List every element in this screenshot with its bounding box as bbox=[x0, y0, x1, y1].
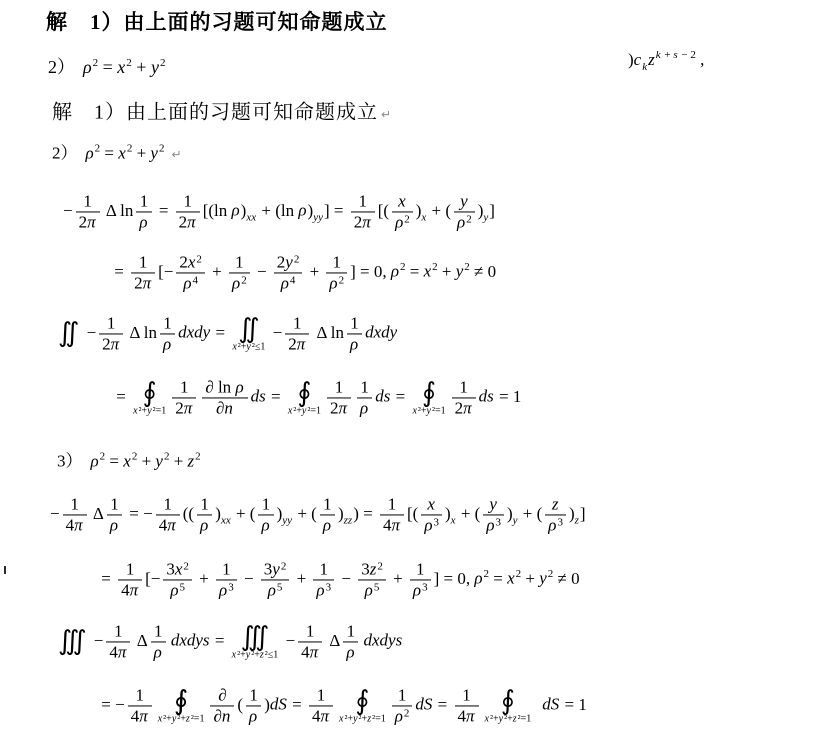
math-text: 2 bbox=[466, 214, 472, 226]
integral-operator: ∮x²+y²=1 bbox=[133, 379, 166, 416]
math-var: π bbox=[87, 213, 97, 232]
math-var: ρ bbox=[163, 335, 172, 354]
fraction: 12π bbox=[176, 191, 200, 232]
fraction: 14π bbox=[106, 621, 130, 662]
math-var: yy bbox=[282, 515, 293, 527]
numerator: 1 bbox=[131, 252, 155, 273]
numerator: 3x2 bbox=[163, 559, 192, 580]
denominator: ρ5 bbox=[358, 581, 386, 601]
math-text: 1 bbox=[398, 685, 407, 704]
integral-limits: x²+y²≤1 bbox=[232, 343, 265, 353]
math-text: 1 bbox=[459, 377, 468, 396]
math-text: 3 bbox=[228, 582, 234, 594]
math-text: 1 bbox=[139, 252, 148, 271]
superscript: 2 bbox=[160, 57, 166, 69]
math-text: 2 bbox=[330, 399, 339, 418]
denominator: 4π bbox=[128, 707, 152, 727]
denominator: ρ bbox=[347, 335, 362, 355]
eq-3d-laplacian-zero: = 14π[−3x2ρ5 + 1ρ3 − 3y2ρ5 + 1ρ3 − 3z2ρ5… bbox=[97, 559, 580, 600]
math-text: Δ bbox=[90, 504, 104, 523]
math-text: + ( bbox=[232, 504, 256, 523]
math-text: 2 bbox=[377, 560, 383, 572]
denominator: 2π bbox=[351, 213, 375, 233]
denominator: ρ3 bbox=[421, 516, 442, 536]
numerator: 1 bbox=[327, 377, 351, 398]
denominator: 2π bbox=[99, 335, 123, 355]
superscript: 5 bbox=[179, 582, 185, 594]
numerator: 1 bbox=[172, 377, 196, 398]
math-var: dxdys bbox=[363, 631, 403, 650]
math-text: 3 bbox=[264, 559, 273, 578]
math-text: ∂ bbox=[213, 707, 221, 726]
denominator: ρ5 bbox=[163, 581, 192, 601]
denominator: 2π bbox=[131, 274, 155, 294]
numerator: 1 bbox=[246, 685, 261, 706]
fraction: 14π bbox=[156, 494, 180, 535]
math-text: 3 bbox=[422, 582, 428, 594]
math-text: ²=1 bbox=[518, 714, 532, 725]
math-text: 1 bbox=[135, 685, 144, 704]
subscript: yy bbox=[313, 212, 324, 224]
numerator: 1 bbox=[63, 494, 87, 515]
fraction: 14π bbox=[455, 685, 479, 726]
math-text: ≠ 0 bbox=[553, 569, 579, 588]
fraction: 12π bbox=[351, 191, 375, 232]
numerator: 1 bbox=[128, 685, 152, 706]
math-text: 4 bbox=[301, 643, 310, 662]
numerator: 1 bbox=[229, 252, 250, 273]
integral-glyph: ∬ bbox=[58, 318, 79, 349]
math-text: (( bbox=[183, 504, 194, 523]
integral-operator: ∮∮x²+y²+z²=1 bbox=[158, 687, 205, 724]
integral-glyph: ∮ bbox=[422, 377, 436, 408]
fraction: 2x2ρ4 bbox=[176, 252, 205, 293]
fraction: 12π bbox=[76, 191, 100, 232]
superscript: k + s − 2 bbox=[656, 49, 696, 61]
math-var: y bbox=[272, 559, 281, 578]
denominator: ρ bbox=[343, 643, 358, 663]
math-text: + ( bbox=[519, 504, 543, 523]
math-var: ρ bbox=[219, 581, 228, 600]
integral-icon: ∮ bbox=[133, 379, 166, 407]
paragraph-return-icon: ↵ bbox=[171, 148, 181, 162]
math-text: 5 bbox=[277, 582, 283, 594]
denominator: 4π bbox=[455, 707, 479, 727]
math-text: = 1 bbox=[560, 695, 587, 714]
math-var: y bbox=[460, 191, 469, 210]
denominator: ρ bbox=[357, 399, 372, 419]
math-text: ²≤1 bbox=[252, 342, 266, 353]
math-var: z bbox=[552, 494, 560, 513]
math-var: ρ bbox=[235, 377, 244, 396]
math-text: 4 bbox=[290, 275, 296, 287]
math-text: 2 bbox=[195, 451, 201, 463]
fraction: 1ρ bbox=[357, 377, 372, 418]
math-text: ²+ bbox=[177, 714, 186, 725]
math-text: ] = 0, bbox=[350, 262, 391, 281]
math-text: 1 bbox=[164, 494, 173, 513]
math-text: 1 bbox=[180, 377, 189, 396]
math-text: ²=1 bbox=[372, 714, 386, 725]
fraction: 1ρ bbox=[197, 494, 212, 535]
math-text: + (ln bbox=[257, 201, 298, 220]
math-text: 4 bbox=[159, 516, 168, 535]
math-var: ρ bbox=[91, 452, 100, 471]
math-var: c bbox=[634, 50, 643, 69]
fraction: 1ρ bbox=[258, 494, 273, 535]
integral-limits: x²+y²+z²≤1 bbox=[232, 651, 279, 661]
math-text: = bbox=[105, 452, 123, 471]
math-text: 1 bbox=[388, 494, 397, 513]
math-text: = bbox=[155, 201, 173, 220]
math-text: + bbox=[208, 262, 226, 281]
superscript: 2 bbox=[339, 275, 345, 287]
math-var: ρ bbox=[232, 274, 241, 293]
integral-operator: ∮x²+y²+z²=1 bbox=[339, 687, 386, 724]
math-var: y bbox=[150, 144, 159, 163]
denominator: ρ2 bbox=[392, 213, 413, 233]
fraction: 1ρ bbox=[151, 621, 166, 662]
fraction: zρ3 bbox=[545, 494, 566, 535]
math-var: yy bbox=[313, 212, 324, 224]
fraction: 1ρ3 bbox=[313, 559, 334, 600]
fraction: 14π bbox=[118, 559, 142, 600]
math-text: Δ bbox=[133, 631, 147, 650]
math-text: 1 bbox=[293, 313, 302, 332]
integral-icon: ∮ bbox=[288, 379, 321, 407]
math-text: ²+ bbox=[359, 714, 368, 725]
math-text: 2 bbox=[159, 143, 165, 155]
math-var: x bbox=[118, 144, 127, 163]
math-text: 2 bbox=[281, 560, 287, 572]
denominator: 4π bbox=[298, 643, 322, 663]
math-var: dxdy bbox=[365, 323, 398, 342]
numerator: 1 bbox=[76, 191, 100, 212]
math-text: 1 bbox=[347, 621, 356, 640]
fraction: 14π bbox=[63, 494, 87, 535]
numerator: 1 bbox=[357, 377, 372, 398]
math-var: x bbox=[507, 569, 516, 588]
math-var: π bbox=[74, 516, 84, 535]
math-text: 3 bbox=[434, 517, 440, 529]
math-var: π bbox=[167, 516, 177, 535]
fraction: 1ρ bbox=[246, 685, 261, 726]
math-text: = bbox=[112, 387, 130, 406]
math-text: 4 bbox=[458, 707, 467, 726]
math-var: π bbox=[362, 213, 372, 232]
math-text: [( bbox=[378, 201, 389, 220]
numerator: 1 bbox=[118, 559, 142, 580]
math-var: ρ bbox=[316, 581, 325, 600]
math-text: 1 bbox=[114, 621, 123, 640]
math-text: 1 bbox=[335, 377, 344, 396]
math-text: 2 bbox=[277, 252, 286, 271]
math-var: ρ bbox=[200, 516, 209, 535]
denominator: 4π bbox=[63, 516, 87, 536]
numerator: x bbox=[421, 494, 442, 515]
math-text: − bbox=[281, 631, 295, 650]
math-var: ρ bbox=[365, 581, 374, 600]
numerator: 1 bbox=[298, 621, 322, 642]
math-var: ρ bbox=[323, 516, 332, 535]
math-text: ²+ bbox=[163, 714, 172, 725]
math-var: π bbox=[118, 643, 128, 662]
math-text: = bbox=[489, 569, 507, 588]
math-text: 3 bbox=[326, 582, 332, 594]
denominator: ρ3 bbox=[313, 581, 334, 601]
math-text: 3 bbox=[495, 517, 501, 529]
math-var: y bbox=[539, 569, 548, 588]
superscript: 4 bbox=[192, 275, 198, 287]
denominator: ρ2 bbox=[454, 213, 475, 233]
denominator: ρ3 bbox=[410, 581, 431, 601]
fraction: 14π bbox=[128, 685, 152, 726]
math-var: π bbox=[466, 707, 476, 726]
superscript: 2 bbox=[377, 560, 383, 572]
math-var: y bbox=[489, 494, 498, 513]
math-text: ] = 0, bbox=[434, 569, 475, 588]
numerator: 1 bbox=[410, 559, 431, 580]
math-text: 2 bbox=[404, 708, 410, 720]
math-text: − bbox=[90, 631, 104, 650]
integral-glyph: ∭ bbox=[58, 626, 87, 657]
integral-limits: x²+y²=1 bbox=[133, 407, 166, 417]
math-var: ρ bbox=[413, 581, 422, 600]
math-text: 1 bbox=[163, 313, 172, 332]
math-var: π bbox=[184, 399, 194, 418]
math-var: ρ bbox=[232, 201, 241, 220]
integral-icon: ∮∮ bbox=[158, 687, 205, 715]
math-text: ∂ ln bbox=[205, 377, 235, 396]
math-var: π bbox=[339, 399, 349, 418]
math-text: Δ bbox=[325, 631, 340, 650]
math-var: ρ bbox=[154, 643, 163, 662]
denominator: 4π bbox=[309, 707, 333, 727]
denominator: ρ bbox=[107, 516, 122, 536]
math-text: = bbox=[211, 323, 229, 342]
numerator: 1 bbox=[176, 191, 200, 212]
math-text: 1 bbox=[333, 252, 342, 271]
math-text: 1 bbox=[140, 191, 149, 210]
paragraph-return-icon: ↵ bbox=[381, 108, 392, 122]
fraction: 2y2ρ4 bbox=[274, 252, 303, 293]
math-var: n bbox=[222, 707, 232, 726]
math-var: ρ bbox=[86, 144, 95, 163]
numerator: 1 bbox=[313, 559, 334, 580]
numerator: 1 bbox=[380, 494, 404, 515]
integral-operator: ∮x²+y²+z²=1 bbox=[485, 687, 532, 724]
denominator: ρ3 bbox=[216, 581, 237, 601]
math-text: 5 bbox=[179, 582, 185, 594]
fraction: 1ρ bbox=[343, 621, 358, 662]
math-text: 3 bbox=[361, 559, 370, 578]
math-var: ρ bbox=[457, 213, 466, 232]
math-text: ≠ 0 bbox=[470, 262, 496, 281]
denominator: ρ bbox=[246, 707, 261, 727]
math-var: π bbox=[320, 707, 330, 726]
math-text: ²=1 bbox=[432, 406, 446, 417]
math-var: ds bbox=[251, 387, 267, 406]
fraction: 14π bbox=[380, 494, 404, 535]
superscript: 3 bbox=[422, 582, 428, 594]
math-var: ρ bbox=[249, 707, 258, 726]
denominator: ρ4 bbox=[274, 274, 303, 294]
math-var: ρ bbox=[110, 516, 119, 535]
integral-glyph: ∮ bbox=[297, 377, 311, 408]
integral-icon: ∬ bbox=[58, 320, 79, 348]
eq-2d-laplacian-zero: = 12π[−2x2ρ4 + 1ρ2 − 2y2ρ4 + 1ρ2] = 0, ρ… bbox=[110, 252, 496, 293]
math-text: 1 bbox=[320, 559, 329, 578]
math-var: π bbox=[130, 581, 140, 600]
math-text: 2 bbox=[196, 253, 202, 265]
math-var: π bbox=[463, 399, 473, 418]
stray-formula-fragment: )ckzk + s − 2 , bbox=[628, 50, 704, 70]
numerator: y bbox=[483, 494, 504, 515]
math-text: 2 bbox=[455, 399, 464, 418]
superscript: 2 bbox=[241, 275, 247, 287]
math-var: y bbox=[456, 262, 465, 281]
denominator: ρ5 bbox=[261, 581, 290, 601]
math-text: 2 bbox=[102, 335, 111, 354]
math-text: 2 bbox=[134, 274, 143, 293]
math-var: dS bbox=[415, 695, 433, 714]
math-text: + bbox=[195, 569, 213, 588]
fraction: 14π bbox=[298, 621, 322, 662]
math-var: π bbox=[139, 707, 149, 726]
math-text: 1 bbox=[235, 252, 244, 271]
numerator: ∂ ln ρ bbox=[202, 377, 247, 398]
math-var: y bbox=[151, 57, 160, 77]
superscript: 2 bbox=[196, 253, 202, 265]
fraction: yρ2 bbox=[454, 191, 475, 232]
math-text: ²+ bbox=[504, 714, 513, 725]
subscript: yy bbox=[282, 515, 293, 527]
math-text: = bbox=[110, 262, 128, 281]
math-text: + bbox=[521, 569, 539, 588]
math-text: 1 bbox=[222, 559, 231, 578]
math-text: 3 bbox=[557, 517, 563, 529]
math-text: − bbox=[63, 201, 73, 220]
math-text: 1 bbox=[360, 377, 369, 396]
numerator: 1 bbox=[197, 494, 212, 515]
math-var: π bbox=[310, 643, 320, 662]
math-var: xx bbox=[221, 515, 232, 527]
superscript: 3 bbox=[228, 582, 234, 594]
solution-heading-top: 解 1）由上面的习题可知命题成立 bbox=[46, 6, 388, 36]
numerator: 3y2 bbox=[261, 559, 290, 580]
math-var: ρ bbox=[261, 516, 270, 535]
fraction: 12π bbox=[327, 377, 351, 418]
math-text: = bbox=[98, 57, 117, 77]
solution-heading-top-text: 解 1）由上面的习题可知命题成立 bbox=[46, 10, 388, 34]
math-text: + bbox=[438, 262, 456, 281]
superscript: 3 bbox=[557, 517, 563, 529]
math-text: 2） bbox=[48, 57, 75, 77]
superscript: 5 bbox=[277, 582, 283, 594]
integral-operator: ∭ bbox=[58, 628, 87, 656]
math-text: [(ln bbox=[203, 201, 232, 220]
fraction: 12π bbox=[172, 377, 196, 418]
numerator: 1 bbox=[216, 559, 237, 580]
math-text: − bbox=[240, 569, 258, 588]
denominator: ρ bbox=[151, 643, 166, 663]
denominator: 2π bbox=[285, 335, 309, 355]
fraction: 12π bbox=[452, 377, 476, 418]
denominator: ρ bbox=[258, 516, 273, 536]
denominator: ρ bbox=[197, 516, 212, 536]
math-text: , bbox=[696, 50, 705, 69]
math-var: dxdys bbox=[171, 631, 211, 650]
denominator: ρ2 bbox=[326, 274, 347, 294]
integral-operator: ∮x²+y²=1 bbox=[412, 379, 445, 416]
math-text: 1 bbox=[350, 313, 359, 332]
math-text: 2 bbox=[179, 252, 188, 271]
math-text: 2 bbox=[339, 275, 345, 287]
numerator: y bbox=[454, 191, 475, 212]
math-var: π bbox=[187, 213, 197, 232]
integral-icon: ∮ bbox=[339, 687, 386, 715]
numerator: 3z2 bbox=[358, 559, 386, 580]
math-var: zz bbox=[344, 515, 354, 527]
math-var: π bbox=[297, 335, 307, 354]
math-text: − bbox=[337, 569, 355, 588]
integral-glyph: ∮ bbox=[143, 377, 157, 408]
eq-3d-triple-integral: ∭ −14π Δ1ρdxdys = ∭x²+y²+z²≤1 −14π Δ1ρdx… bbox=[55, 621, 403, 662]
fraction: 14π bbox=[309, 685, 333, 726]
math-var: ρ bbox=[424, 516, 433, 535]
subscript: xx bbox=[221, 515, 232, 527]
math-text: = bbox=[267, 387, 285, 406]
integral-limits: x²+y²+z²=1 bbox=[339, 715, 386, 725]
math-text: 1 bbox=[317, 685, 326, 704]
math-text: 2 bbox=[175, 399, 184, 418]
fraction: 1ρ bbox=[347, 313, 362, 354]
math-text: 4 bbox=[121, 581, 130, 600]
math-text: ²=1 bbox=[153, 406, 167, 417]
math-text: + bbox=[389, 569, 407, 588]
math-var: ρ bbox=[391, 262, 400, 281]
math-text: = bbox=[406, 262, 424, 281]
math-text: 1 bbox=[126, 559, 135, 578]
superscript: 2 bbox=[294, 253, 300, 265]
math-text: = − bbox=[97, 695, 125, 714]
math-var: ρ bbox=[139, 213, 148, 232]
eq-3d-surface-result: = −14π∮∮x²+y²+z²=1∂∂n(1ρ)dS = 14π∮x²+y²+… bbox=[97, 685, 587, 726]
denominator: ρ bbox=[160, 335, 175, 355]
integral-icon: ∭ bbox=[232, 623, 279, 651]
numerator: 1 bbox=[347, 313, 362, 334]
numerator: 1 bbox=[309, 685, 333, 706]
eq-2d-laplacian-expand: −12π Δ ln1ρ = 12π[(ln ρ)xx + (ln ρ)yy] =… bbox=[63, 191, 495, 232]
numerator: 1 bbox=[343, 621, 358, 642]
math-text: − bbox=[82, 323, 96, 342]
integral-glyph: ∮ bbox=[174, 685, 188, 716]
math-text: = − bbox=[125, 504, 153, 523]
math-var: π bbox=[391, 516, 401, 535]
integral-operator: ∮x²+y²=1 bbox=[288, 379, 321, 416]
superscript: 2 bbox=[183, 560, 189, 572]
math-text: 1 bbox=[154, 621, 163, 640]
numerator: 1 bbox=[156, 494, 180, 515]
math-text: − bbox=[50, 504, 60, 523]
math-text: [( bbox=[407, 504, 418, 523]
integral-operator: ∭x²+y²+z²≤1 bbox=[232, 623, 279, 660]
denominator: 4π bbox=[118, 581, 142, 601]
fraction: 1ρ bbox=[107, 494, 122, 535]
math-text: ] = bbox=[324, 201, 348, 220]
solution-heading-text: 解 1）由上面的习题可知命题成立 bbox=[52, 102, 378, 124]
math-var: x bbox=[117, 57, 126, 77]
